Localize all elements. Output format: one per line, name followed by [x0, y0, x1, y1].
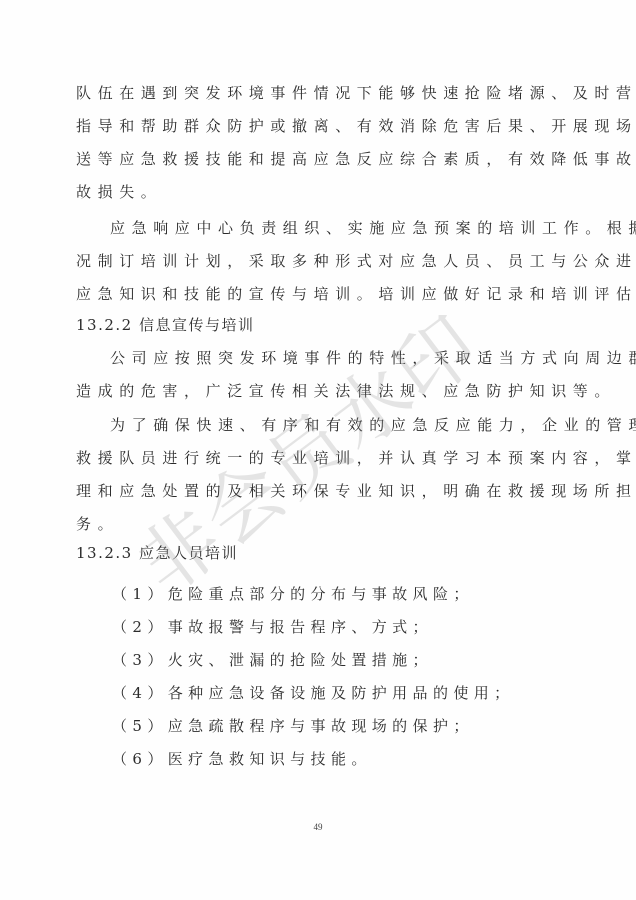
section-heading-13-2-3: 13.2.3 应急人员培训: [76, 543, 562, 563]
section-heading-13-2-2: 13.2.2 信息宣传与培训: [76, 315, 562, 335]
list-item: （5）应急疏散程序与事故现场的保护；: [112, 716, 598, 736]
section-13-2-2-paragraph-2-line-3: 理和应急处置的及相关环保专业知识，明确在救援现场所担负的责任和义: [76, 481, 562, 501]
list-item: （2）事故报警与报告程序、方式；: [112, 617, 598, 637]
section-13-2-2-paragraph-1-line-1: 公司应按照突发环境事件的特性，采取适当方式向周边群众宣讲可能: [110, 348, 596, 368]
paragraph-2-line-2: 况制订培训计划，采取多种形式对应急人员、员工与公众进行法律法规、: [76, 251, 562, 271]
paragraph-1-line-1: 队伍在遇到突发环境事件情况下能够快速抢险堵源、及时营救伤员、正确: [76, 83, 562, 103]
document-page: 队伍在遇到突发环境事件情况下能够快速抢险堵源、及时营救伤员、正确 指导和帮助群众…: [0, 0, 636, 900]
paragraph-1-line-2: 指导和帮助群众防护或撤离、有效消除危害后果、开展现场急救和伤员转: [76, 116, 562, 136]
page-number: 49: [0, 822, 636, 832]
section-13-2-2-paragraph-2-line-2: 救援队员进行统一的专业培训，并认真学习本预案内容，掌握应急工作管: [76, 448, 562, 468]
paragraph-2-line-3: 应急知识和技能的宣传与培训。培训应做好记录和培训评估。: [76, 284, 562, 304]
section-13-2-2-paragraph-2-line-1: 为了确保快速、有序和有效的应急反应能力，企业的管理人员及应急: [110, 415, 596, 435]
section-13-2-2-paragraph-1-line-2: 造成的危害，广泛宣传相关法律法规、应急防护知识等。: [76, 381, 562, 401]
section-13-2-2-paragraph-2-line-4: 务。: [76, 514, 562, 534]
list-item: （6）医疗急救知识与技能。: [112, 749, 598, 769]
paragraph-1-line-3: 送等应急救援技能和提高应急反应综合素质，有效降低事故危害，减少事: [76, 149, 562, 169]
paragraph-1-line-4: 故损失。: [76, 182, 562, 202]
list-item: （3）火灾、泄漏的抢险处置措施；: [112, 650, 598, 670]
paragraph-2-line-1: 应急响应中心负责组织、实施应急预案的培训工作。根据预案实施情: [110, 218, 596, 238]
list-item: （4）各种应急设备设施及防护用品的使用；: [112, 683, 598, 703]
list-item: （1）危险重点部分的分布与事故风险；: [112, 584, 598, 604]
